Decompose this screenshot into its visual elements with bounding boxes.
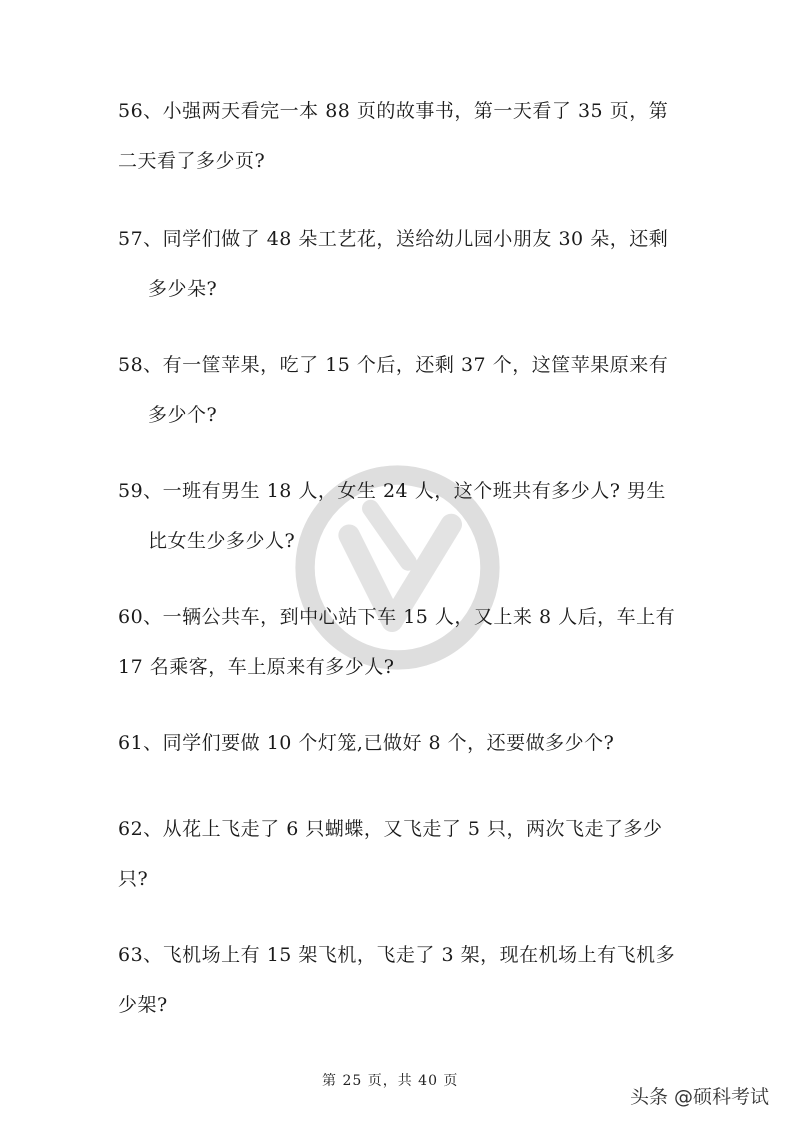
question-57: 57、同学们做了 48 朵工艺花，送给幼儿园小朋友 30 朵，还剩 多少朵? [118, 214, 688, 314]
question-line: 只? [118, 854, 688, 904]
question-line: 17 名乘客，车上原来有多少人? [118, 642, 688, 692]
question-line: 56、小强两天看完一本 88 页的故事书，第一天看了 35 页，第 [118, 86, 688, 136]
question-line: 61、同学们要做 10 个灯笼,已做好 8 个，还要做多少个? [118, 718, 688, 768]
question-line: 63、飞机场上有 15 架飞机，飞走了 3 架，现在机场上有飞机多 [118, 930, 688, 980]
question-63: 63、飞机场上有 15 架飞机，飞走了 3 架，现在机场上有飞机多 少架? [118, 930, 688, 1030]
page-number: 第 25 页，共 40 页 [322, 1070, 458, 1090]
question-line: 多少朵? [118, 264, 688, 314]
question-62: 62、从花上飞走了 6 只蝴蝶，又飞走了 5 只，两次飞走了多少 只? [118, 804, 688, 904]
question-56: 56、小强两天看完一本 88 页的故事书，第一天看了 35 页，第 二天看了多少… [118, 86, 688, 186]
question-line: 比女生少多少人? [118, 516, 688, 566]
question-60: 60、一辆公共车，到中心站下车 15 人，又上来 8 人后，车上有 17 名乘客… [118, 592, 688, 692]
question-line: 二天看了多少页? [118, 136, 688, 186]
question-line: 60、一辆公共车，到中心站下车 15 人，又上来 8 人后，车上有 [118, 592, 688, 642]
question-61: 61、同学们要做 10 个灯笼,已做好 8 个，还要做多少个? [118, 718, 688, 768]
question-line: 57、同学们做了 48 朵工艺花，送给幼儿园小朋友 30 朵，还剩 [118, 214, 688, 264]
question-59: 59、一班有男生 18 人，女生 24 人，这个班共有多少人? 男生 比女生少多… [118, 466, 688, 566]
question-line: 少架? [118, 980, 688, 1030]
question-line: 62、从花上飞走了 6 只蝴蝶，又飞走了 5 只，两次飞走了多少 [118, 804, 688, 854]
question-line: 59、一班有男生 18 人，女生 24 人，这个班共有多少人? 男生 [118, 466, 688, 516]
question-58: 58、有一筐苹果，吃了 15 个后，还剩 37 个，这筐苹果原来有 多少个? [118, 340, 688, 440]
brand-watermark: 头条 @硕科考试 [630, 1082, 769, 1109]
question-line: 58、有一筐苹果，吃了 15 个后，还剩 37 个，这筐苹果原来有 [118, 340, 688, 390]
question-line: 多少个? [118, 390, 688, 440]
